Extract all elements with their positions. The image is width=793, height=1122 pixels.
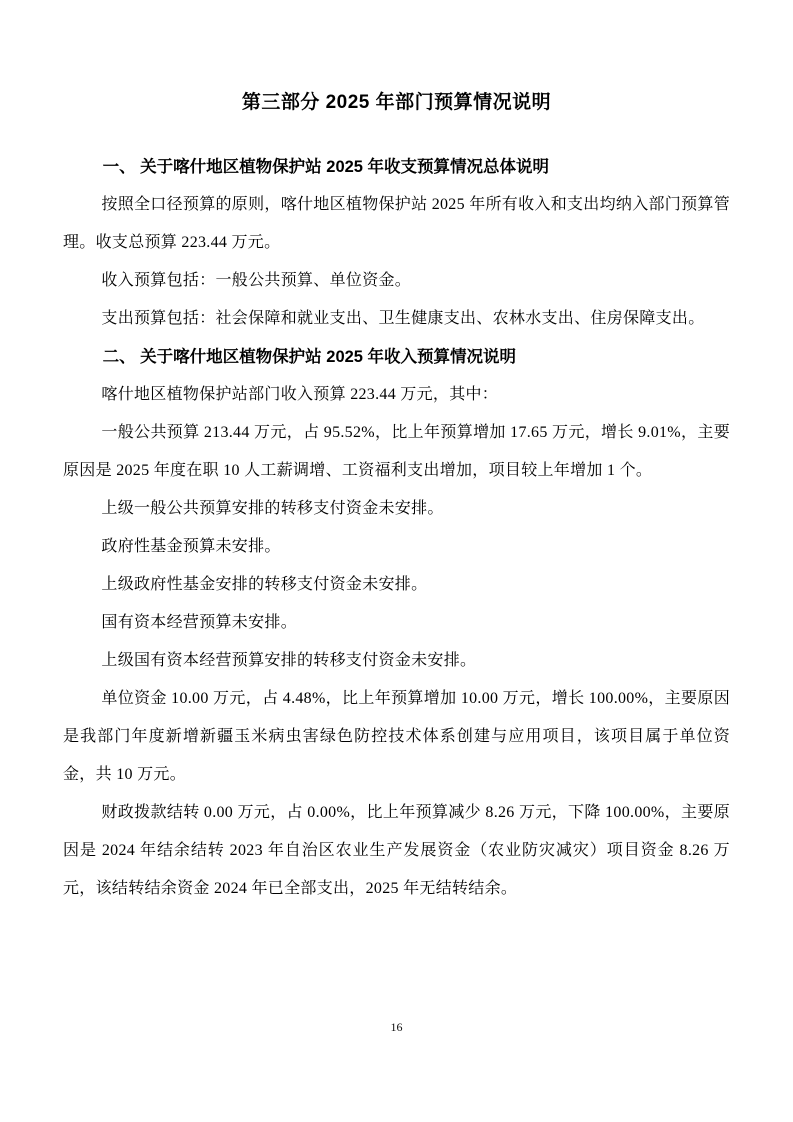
- section-2-paragraph-transfer-payment-state-capital: 上级国有资本经营预算安排的转移支付资金未安排。: [63, 642, 730, 680]
- page-number: 16: [0, 1020, 793, 1035]
- section-2-paragraph-income-total: 喀什地区植物保护站部门收入预算 223.44 万元，其中：: [63, 376, 730, 414]
- section-2-heading: 二、 关于喀什地区植物保护站 2025 年收入预算情况说明: [63, 338, 730, 376]
- document-content: 第三部分 2025 年部门预算情况说明 一、 关于喀什地区植物保护站 2025 …: [63, 88, 730, 908]
- section-1-paragraph-overall-budget: 按照全口径预算的原则，喀什地区植物保护站 2025 年所有收入和支出均纳入部门预…: [63, 186, 730, 262]
- section-2-paragraph-transfer-payment-general: 上级一般公共预算安排的转移支付资金未安排。: [63, 490, 730, 528]
- section-2-paragraph-government-fund: 政府性基金预算未安排。: [63, 528, 730, 566]
- section-2-paragraph-general-public-budget: 一般公共预算 213.44 万元，占 95.52%，比上年预算增加 17.65 …: [63, 414, 730, 490]
- section-1-paragraph-income-scope: 收入预算包括：一般公共预算、单位资金。: [63, 262, 730, 300]
- document-title: 第三部分 2025 年部门预算情况说明: [63, 88, 730, 118]
- section-2-paragraph-state-capital: 国有资本经营预算未安排。: [63, 604, 730, 642]
- section-1-paragraph-expenditure-scope: 支出预算包括：社会保障和就业支出、卫生健康支出、农林水支出、住房保障支出。: [63, 300, 730, 338]
- section-2-paragraph-transfer-payment-fund: 上级政府性基金安排的转移支付资金未安排。: [63, 566, 730, 604]
- section-2-paragraph-unit-funds: 单位资金 10.00 万元，占 4.48%，比上年预算增加 10.00 万元，增…: [63, 680, 730, 794]
- section-2-paragraph-carryover-funds: 财政拨款结转 0.00 万元，占 0.00%，比上年预算减少 8.26 万元，下…: [63, 794, 730, 908]
- document-page: 第三部分 2025 年部门预算情况说明 一、 关于喀什地区植物保护站 2025 …: [0, 0, 793, 1122]
- section-1-heading: 一、 关于喀什地区植物保护站 2025 年收支预算情况总体说明: [63, 148, 730, 186]
